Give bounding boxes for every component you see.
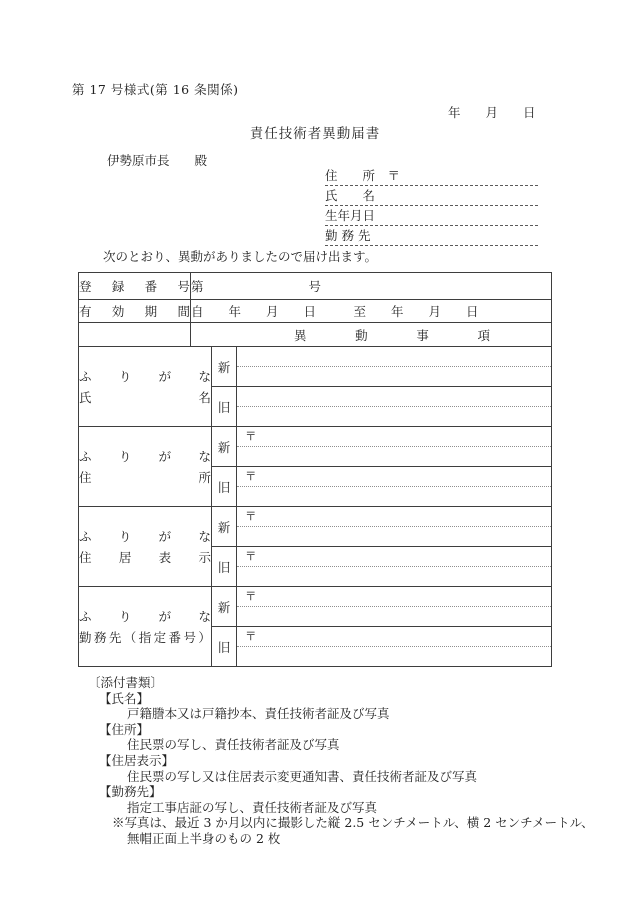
workplace-new-row: ふりがな 勤務先（指定番号） 新 〒: [79, 587, 552, 627]
furigana-label: ふりがな: [79, 367, 211, 385]
furigana-line: 〒: [237, 548, 551, 567]
validity-period-label-cell: 有効期間: [79, 300, 191, 323]
furigana-line: 〒: [237, 628, 551, 647]
name-new-row: ふりがな 氏名 新: [79, 347, 552, 387]
name-field-label: 氏名: [79, 388, 211, 406]
applicant-birthdate-field: 生年月日: [325, 206, 538, 226]
change-items-header-cell: 異動事項: [191, 323, 552, 347]
change-items-header: 異動事項: [294, 326, 490, 344]
registration-prefix: 第: [191, 279, 204, 294]
address-field-label: 住所: [79, 468, 211, 486]
form-number: 第 17 号様式(第 16 条関係): [72, 80, 238, 98]
attachment-category: 【勤務先】: [99, 784, 594, 800]
applicant-workplace-field: 勤 務 先: [325, 226, 538, 246]
postal-mark: 〒: [245, 551, 257, 563]
address-old-value-cell: 〒: [237, 467, 552, 507]
workplace-new-value-cell: 〒: [237, 587, 552, 627]
postal-mark: 〒: [245, 471, 257, 483]
workplace-field-label: 勤務先（指定番号）: [79, 628, 211, 646]
attachment-description: 住民票の写し又は住居表示変更通知書、責任技術者証及び写真: [127, 769, 594, 785]
new-label-cell: 新: [212, 507, 237, 547]
address-new-value-cell: 〒: [237, 427, 552, 467]
value-line: [237, 567, 551, 586]
change-items-empty-cell: [79, 323, 191, 347]
furigana-line: 〒: [237, 588, 551, 607]
postal-mark: 〒: [245, 631, 257, 643]
registration-number-label: 登録番号: [79, 277, 190, 295]
value-line: [237, 487, 551, 506]
applicant-address-field: 住 所 〒: [325, 166, 538, 186]
name-new-value-cell: [237, 347, 552, 387]
intro-sentence: 次のとおり、異動がありましたので届け出ます。: [103, 247, 377, 265]
value-line: [237, 447, 551, 466]
page-title: 責任技術者異動届書: [0, 122, 630, 142]
change-notification-table: 登録番号 第号 有効期間 自 年 月 日 至 年 月 日 異動事項: [78, 272, 552, 667]
furigana-line: 〒: [237, 428, 551, 447]
furigana-line: 〒: [237, 508, 551, 527]
furigana-line: [237, 348, 551, 367]
address-label-cell: ふりがな 住所: [79, 427, 212, 507]
attachments-heading: 〔添付書類〕: [88, 675, 594, 691]
furigana-label: ふりがな: [79, 447, 211, 465]
residence-new-value-cell: 〒: [237, 507, 552, 547]
value-line: [237, 407, 551, 426]
addressee-line: 伊勢原市長 殿: [107, 151, 207, 169]
old-label-cell: 旧: [212, 627, 237, 667]
form-document-page: 第 17 号様式(第 16 条関係) 年 月 日 責任技術者異動届書 伊勢原市長…: [0, 0, 630, 903]
postal-mark: 〒: [245, 431, 257, 443]
change-items-header-row: 異動事項: [79, 323, 552, 347]
photo-note-line2: 無帽正面上半身のもの 2 枚: [127, 831, 594, 847]
furigana-line: 〒: [237, 468, 551, 487]
workplace-old-value-cell: 〒: [237, 627, 552, 667]
residence-label-cell: ふりがな 住居表示: [79, 507, 212, 587]
name-label-cell: ふりがな 氏名: [79, 347, 212, 427]
photo-note-line1: ※写真は、最近 3 か月以内に撮影した縦 2.5 センチメートル、横 2 センチ…: [112, 815, 594, 831]
postal-mark: 〒: [245, 591, 257, 603]
attachment-category: 【住居表示】: [99, 753, 594, 769]
new-label-cell: 新: [212, 347, 237, 387]
name-old-value-cell: [237, 387, 552, 427]
registration-number-label-cell: 登録番号: [79, 273, 191, 300]
validity-period-row: 有効期間 自 年 月 日 至 年 月 日: [79, 300, 552, 323]
residence-old-value-cell: 〒: [237, 547, 552, 587]
postal-mark: 〒: [245, 511, 257, 523]
value-line: [237, 367, 551, 386]
old-label-cell: 旧: [212, 547, 237, 587]
registration-number-row: 登録番号 第号: [79, 273, 552, 300]
attachment-description: 住民票の写し、責任技術者証及び写真: [127, 737, 594, 753]
applicant-fields: 住 所 〒 氏 名 生年月日 勤 務 先: [325, 166, 538, 246]
attachment-description: 戸籍謄本又は戸籍抄本、責任技術者証及び写真: [127, 706, 594, 722]
attachment-description: 指定工事店証の写し、責任技術者証及び写真: [127, 800, 594, 816]
furigana-label: ふりがな: [79, 607, 211, 625]
old-label-cell: 旧: [212, 467, 237, 507]
applicant-name-field: 氏 名: [325, 186, 538, 206]
old-label-cell: 旧: [212, 387, 237, 427]
registration-suffix: 号: [309, 279, 322, 294]
furigana-line: [237, 388, 551, 407]
attachment-category: 【住所】: [99, 722, 594, 738]
validity-period-label: 有効期間: [79, 302, 190, 320]
date-line: 年 月 日: [448, 103, 536, 121]
attachments-section: 〔添付書類〕 【氏名】 戸籍謄本又は戸籍抄本、責任技術者証及び写真 【住所】 住…: [88, 675, 594, 847]
validity-period-value-cell: 自 年 月 日 至 年 月 日: [191, 300, 552, 323]
workplace-label-cell: ふりがな 勤務先（指定番号）: [79, 587, 212, 667]
residence-new-row: ふりがな 住居表示 新 〒: [79, 507, 552, 547]
new-label-cell: 新: [212, 587, 237, 627]
residence-field-label: 住居表示: [79, 548, 211, 566]
value-line: [237, 647, 551, 666]
address-new-row: ふりがな 住所 新 〒: [79, 427, 552, 467]
new-label-cell: 新: [212, 427, 237, 467]
attachment-category: 【氏名】: [99, 691, 594, 707]
value-line: [237, 607, 551, 626]
furigana-label: ふりがな: [79, 527, 211, 545]
value-line: [237, 527, 551, 546]
registration-number-value-cell: 第号: [191, 273, 552, 300]
